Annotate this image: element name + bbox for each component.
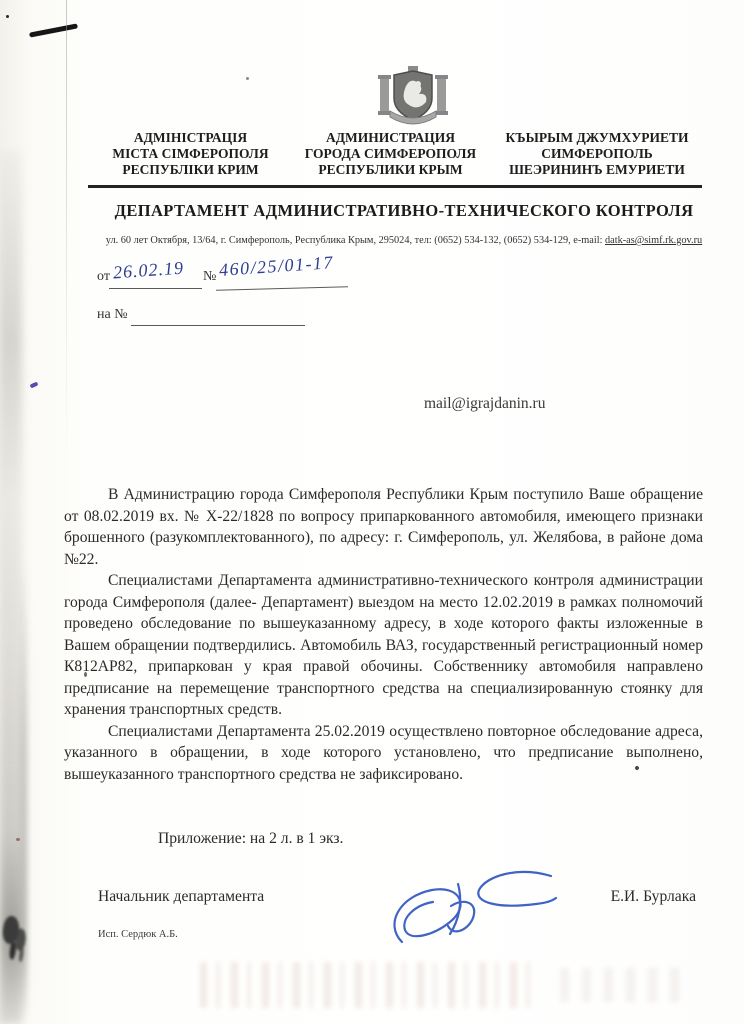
left-edge-smudge [0, 150, 22, 1024]
signer-position: Начальник департамента [98, 888, 264, 906]
paragraph: Специалистами Департамента административ… [64, 570, 703, 721]
scan-speck [6, 15, 9, 18]
number-sign-label: № [203, 269, 216, 285]
org-line: СИМФЕРОПОЛЬ [488, 146, 706, 162]
executor-note: Исп. Сердюк А.Б. [98, 929, 178, 940]
signer-name: Е.И. Бурлака [611, 888, 696, 906]
org-line: ШЕЭРИНИНЪ ЕМУРИЕТИ [488, 162, 706, 178]
scan-speck [246, 77, 249, 80]
org-line: АДМІНІСТРАЦІЯ [88, 130, 293, 146]
org-name-crimean-tatar: КЪЫРЫМ ДЖУМХУРИЕТИ СИМФЕРОПОЛЬ ШЕЭРИНИНЪ… [488, 130, 706, 178]
reply-to-label: на № [97, 307, 128, 323]
date-underline [109, 288, 202, 289]
org-line: КЪЫРЫМ ДЖУМХУРИЕТИ [488, 130, 706, 146]
handwritten-date: 26.02.19 [112, 258, 184, 284]
letter-body: В Администрацию города Симферополя Респу… [64, 484, 703, 785]
left-edge-smudge [20, 560, 28, 1020]
from-date-label: от [97, 269, 110, 285]
org-line: ГОРОДА СИМФЕРОПОЛЯ [298, 146, 483, 162]
handwritten-outgoing-number: 460/25/01-17 [218, 252, 334, 281]
handwritten-signature-icon [388, 860, 560, 961]
org-line: РЕСПУБЛІКИ КРИМ [88, 162, 293, 178]
letterhead-divider [88, 185, 702, 188]
contact-address-line: ул. 60 лет Октября, 13/64, г. Симферопол… [70, 235, 738, 246]
org-line: РЕСПУБЛИКИ КРЫМ [298, 162, 483, 178]
paragraph: В Администрацию города Симферополя Респу… [64, 484, 703, 570]
paragraph: Специалистами Департамента 25.02.2019 ос… [64, 721, 703, 786]
crimea-coat-of-arms-icon [377, 64, 449, 131]
scanned-letter-page: АДМІНІСТРАЦІЯ МІСТА СІМФЕРОПОЛЯ РЕСПУБЛІ… [0, 0, 744, 1024]
bleed-through-ghost [200, 962, 540, 1008]
pen-dash-artifact [29, 23, 78, 37]
ink-speck [30, 381, 39, 388]
org-line: МІСТА СІМФЕРОПОЛЯ [88, 146, 293, 162]
number-underline [216, 286, 348, 290]
paper-crease [66, 0, 67, 480]
department-title: ДЕПАРТАМЕНТ АДМИНИСТРАТИВНО-ТЕХНИЧЕСКОГО… [70, 201, 738, 221]
org-name-ukrainian: АДМІНІСТРАЦІЯ МІСТА СІМФЕРОПОЛЯ РЕСПУБЛІ… [88, 130, 293, 178]
org-name-russian: АДМИНИСТРАЦИЯ ГОРОДА СИМФЕРОПОЛЯ РЕСПУБЛ… [298, 130, 483, 178]
scan-speck [16, 838, 20, 841]
address-text: ул. 60 лет Октября, 13/64, г. Симферопол… [106, 235, 605, 246]
department-email: datk-as@simf.rk.gov.ru [605, 235, 702, 246]
letterhead-org-names: АДМІНІСТРАЦІЯ МІСТА СІМФЕРОПОЛЯ РЕСПУБЛІ… [88, 130, 706, 178]
ink-blob-artifact [1, 915, 21, 945]
recipient-email: mail@igrajdanin.ru [424, 395, 545, 413]
attachment-note: Приложение: на 2 л. в 1 экз. [64, 830, 564, 848]
bleed-through-ghost [560, 968, 680, 1002]
reply-number-underline [131, 325, 305, 326]
org-line: АДМИНИСТРАЦИЯ [298, 130, 483, 146]
